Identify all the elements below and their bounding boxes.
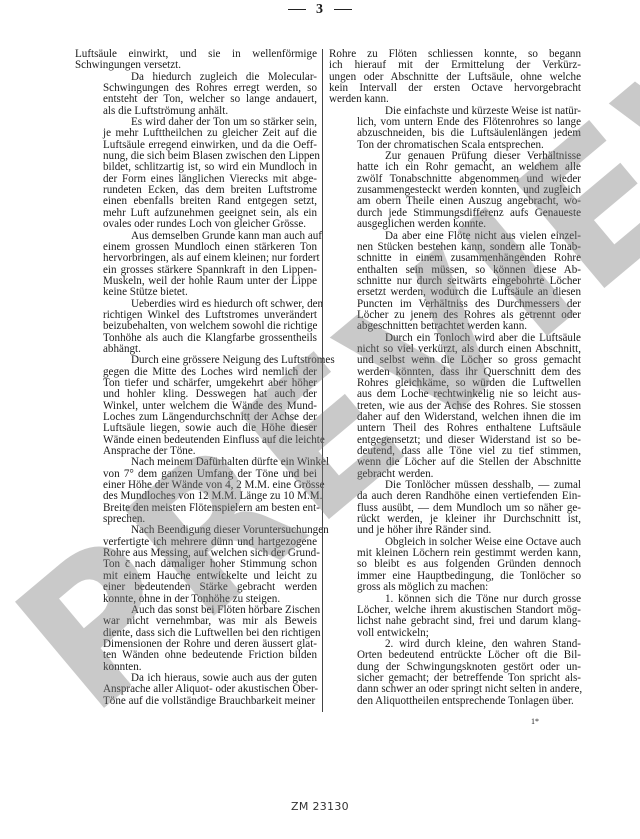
footer-code: ZM 23130 — [0, 800, 640, 813]
paragraph: Obgleich in solcher Weise eine Octave au… — [329, 537, 581, 594]
text-line: beizubehalten, von welchem sowohl die ri… — [75, 321, 317, 332]
header-dash-left — [288, 9, 306, 10]
text-line: Orten bedeutend entrückte Löcher oft die… — [329, 650, 581, 661]
paragraph: Durch ein Tonloch wird aber die Luftsäul… — [329, 333, 581, 480]
paragraph: Da hiedurch zugleich die Molecular-Schwi… — [75, 72, 317, 117]
text-line: lichst nahe gebracht sind, frei und daru… — [329, 616, 581, 627]
text-line: dann schwer an oder springt nicht selten… — [329, 684, 581, 695]
header-dash-right — [334, 9, 352, 10]
paragraph: Durch eine grössere Neigung des Luftstro… — [75, 355, 317, 457]
right-column: Rohre zu Flöten schliessen konnte, so be… — [329, 49, 581, 707]
paragraph: Ueberdies wird es hiedurch oft schwer, d… — [75, 299, 317, 356]
paragraph: Die einfachste und kürzeste Weise ist na… — [329, 106, 581, 151]
paragraph: 1. können sich die Töne nur durch grosse… — [329, 594, 581, 639]
paragraph: Rohre zu Flöten schliessen konnte, so be… — [329, 49, 581, 106]
text-line: Schwingungen versetzt. — [75, 60, 317, 71]
paragraph: 2. wird durch kleine, den wahren Stand-O… — [329, 639, 581, 707]
text-line: Durch eine grössere Neigung des Luftstro… — [75, 355, 317, 366]
text-line: den Aliquottheilen entsprechende Tonlage… — [329, 696, 581, 707]
text-line: schnitte in einem zusammenhängenden Rohr… — [329, 253, 581, 264]
text-line: Töne auf die vollständige Brauchbarkeit … — [75, 696, 317, 707]
text-line: hervorbringen, als auf einem kleinen; nu… — [75, 253, 317, 264]
paragraph: Es wird daher der Ton um so stärker sein… — [75, 117, 317, 230]
paragraph: Nach Beendigung dieser Voruntersuchungen… — [75, 525, 317, 604]
paragraph: Nach meinem Dafürhalten dürfte ein Winke… — [75, 457, 317, 525]
column-divider — [322, 49, 323, 712]
paragraph: Da aber eine Flöte nicht aus vielen einz… — [329, 231, 581, 333]
paragraph: Aus demselben Grunde kann man auch aufei… — [75, 231, 317, 299]
text-line: ovales oder rundes Loch von gleicher Grö… — [75, 219, 317, 230]
paragraph: Auch das sonst bei Flöten hörbare Zische… — [75, 605, 317, 673]
paragraph: Da ich hieraus, sowie auch aus der guten… — [75, 673, 317, 707]
text-line: Luftsäule liegen, sowie auch die Höhe di… — [75, 423, 317, 434]
text-line: ersetzt werden, wodurch die Luftsäule an… — [329, 287, 581, 298]
paragraph: Luftsäule einwirkt, und sie in wellenför… — [75, 49, 317, 72]
paragraph: Zur genauen Prüfung dieser Verhältnisseh… — [329, 151, 581, 230]
paragraph: Die Tonlöcher müssen desshalb, — zumalda… — [329, 480, 581, 537]
text-line: und selbst wenn die Löcher so gross gema… — [329, 355, 581, 366]
signature-mark: 1* — [531, 717, 539, 726]
page-number: 3 — [316, 2, 324, 17]
text-line: gross als möglich zu machen: — [329, 582, 581, 593]
text-line: untern Theil des Rohres enthaltene Lufts… — [329, 423, 581, 434]
text-line: war nicht vernehmbar, was mir als Beweis — [75, 616, 317, 627]
text-line: abgeschnitten betrachtet werden kann. — [329, 321, 581, 332]
text-line: keine Stütze bietet. — [75, 287, 317, 298]
text-line: und hohler kling. Desswegen hat auch der — [75, 389, 317, 400]
page-header: 3 — [0, 2, 640, 18]
text-line: ich hierauf mit der Ermittelung der Verk… — [329, 60, 581, 71]
text-line: ausgeglichen werden konnte. — [329, 219, 581, 230]
text-line: ten Wänden ohne bedeutende Friction bild… — [75, 650, 317, 661]
left-column: Luftsäule einwirkt, und sie in wellenför… — [75, 49, 317, 707]
text-line: aus dem Loche rechtwinkelig nie so leich… — [329, 389, 581, 400]
text-line: einer bedeutenden Stärke gebracht werden — [75, 582, 317, 593]
text-line: Ansprache aller Aliquot- oder akustische… — [75, 684, 317, 695]
